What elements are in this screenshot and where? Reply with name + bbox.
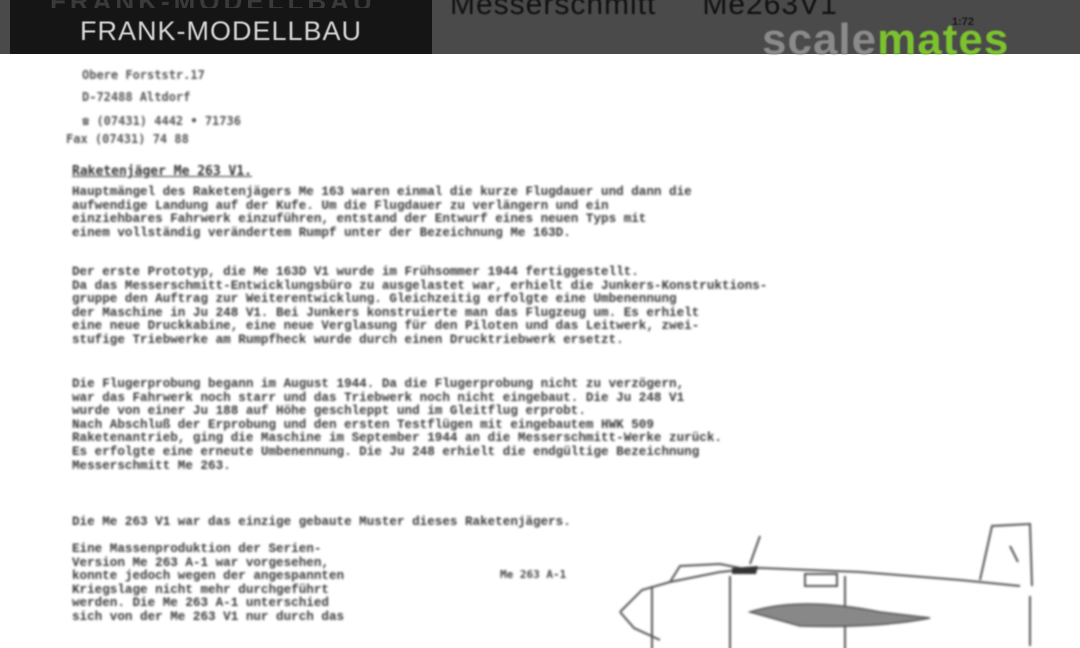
address-street: Obere Forststr.17	[82, 68, 205, 82]
kit-make: Messerschmitt	[450, 0, 656, 21]
paragraph-2: Der erste Prototyp, die Me 163D V1 wurde…	[72, 266, 982, 348]
drawing-caption: Me 263 A-1	[500, 568, 566, 581]
address-fax: Fax (07431) 74 88	[66, 132, 189, 146]
address-phone: ☎ (07431) 4442 • 71736	[82, 114, 241, 128]
aircraft-side-view-drawing-icon	[600, 516, 1080, 648]
paragraph-5: Eine Massenproduktion der Serien- Versio…	[72, 543, 492, 625]
manufacturer-logo-top: FRANK-MODELLBAU	[50, 0, 410, 8]
paragraph-1: Hauptmängel des Raketenjägers Me 163 war…	[72, 186, 982, 240]
manufacturer-logo: FRANK-MODELLBAU FRANK-MODELLBAU	[10, 0, 432, 54]
manufacturer-name: FRANK-MODELLBAU	[10, 16, 432, 47]
paragraph-3: Die Flugerprobung begann im August 1944.…	[72, 378, 982, 473]
instruction-sheet: Obere Forststr.17 D-72488 Altdorf ☎ (074…	[0, 56, 1080, 648]
document-heading: Raketenjäger Me 263 V1.	[72, 164, 252, 179]
address-city: D-72488 Altdorf	[82, 90, 190, 104]
kit-header-banner: FRANK-MODELLBAU FRANK-MODELLBAU Messersc…	[0, 0, 1080, 54]
